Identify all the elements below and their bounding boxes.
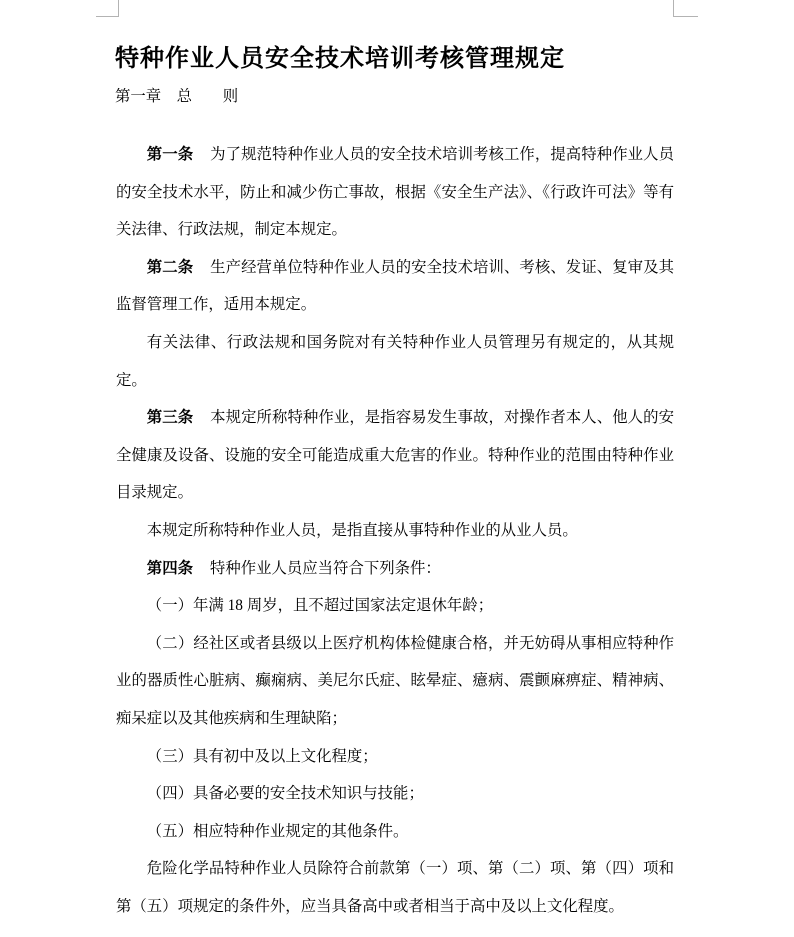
paragraph-article-1: 第一条为了规范特种作业人员的安全技术培训考核工作，提高特种作业人员的安全技术水平…: [116, 136, 674, 249]
paragraph-text: （一）年满 18 周岁，且不超过国家法定退休年龄；: [147, 597, 493, 614]
paragraph-text: 为了规范特种作业人员的安全技术培训考核工作，提高特种作业人员的安全技术水平，防止…: [116, 146, 674, 238]
paragraph-text: （二）经社区或者县级以上医疗机构体检健康合格，并无妨碍从事相应特种作业的器质性心…: [116, 635, 674, 727]
paragraph-article-2: 第二条生产经营单位特种作业人员的安全技术培训、考核、发证、复审及其监督管理工作，…: [116, 249, 674, 324]
paragraph-text: （四）具备必要的安全技术知识与技能；: [147, 785, 424, 802]
list-item-1: （一）年满 18 周岁，且不超过国家法定退休年龄；: [116, 587, 674, 625]
paragraph-text: （五）相应特种作业规定的其他条件。: [147, 823, 409, 840]
paragraph: 本规定所称特种作业人员，是指直接从事特种作业的从业人员。: [116, 512, 674, 550]
paragraph-text: （三）具有初中及以上文化程度；: [147, 748, 378, 765]
list-item-2: （二）经社区或者县级以上医疗机构体检健康合格，并无妨碍从事相应特种作业的器质性心…: [116, 625, 674, 738]
margin-mark-top-right-horizontal: [673, 16, 698, 17]
paragraph: 有关法律、行政法规和国务院对有关特种作业人员管理另有规定的，从其规定。: [116, 324, 674, 399]
list-item-5: （五）相应特种作业规定的其他条件。: [116, 813, 674, 851]
paragraph: 危险化学品特种作业人员除符合前款第（一）项、第（二）项、第（四）项和第（五）项规…: [116, 850, 674, 925]
paragraph-article-4: 第四条特种作业人员应当符合下列条件：: [116, 550, 674, 588]
list-item-4: （四）具备必要的安全技术知识与技能；: [116, 775, 674, 813]
article-label: 第四条: [147, 560, 193, 577]
paragraph-text: 本规定所称特种作业人员，是指直接从事特种作业的从业人员。: [147, 522, 578, 539]
paragraph-text: 本规定所称特种作业，是指容易发生事故，对操作者本人、他人的安全健康及设备、设施的…: [116, 409, 674, 501]
document-title: 特种作业人员安全技术培训考核管理规定: [115, 43, 675, 75]
article-label: 第一条: [147, 146, 193, 163]
chapter-heading: 第一章 总 则: [115, 86, 238, 108]
list-item-3: （三）具有初中及以上文化程度；: [116, 738, 674, 776]
margin-mark-top-left-vertical: [118, 0, 119, 16]
paragraph-text: 生产经营单位特种作业人员的安全技术培训、考核、发证、复审及其监督管理工作，适用本…: [116, 259, 674, 314]
margin-mark-top-left-horizontal: [96, 16, 119, 17]
document-page: 特种作业人员安全技术培训考核管理规定 第一章 总 则 第一条为了规范特种作业人员…: [0, 0, 794, 937]
document-body: 第一条为了规范特种作业人员的安全技术培训考核工作，提高特种作业人员的安全技术水平…: [116, 136, 674, 925]
paragraph-text: 有关法律、行政法规和国务院对有关特种作业人员管理另有规定的，从其规定。: [116, 334, 674, 389]
paragraph-article-3: 第三条本规定所称特种作业，是指容易发生事故，对操作者本人、他人的安全健康及设备、…: [116, 399, 674, 512]
article-label: 第二条: [147, 259, 193, 276]
paragraph-text: 特种作业人员应当符合下列条件：: [210, 560, 441, 577]
margin-mark-top-right-vertical: [673, 0, 674, 16]
article-label: 第三条: [147, 409, 193, 426]
paragraph-text: 危险化学品特种作业人员除符合前款第（一）项、第（二）项、第（四）项和第（五）项规…: [116, 860, 674, 915]
